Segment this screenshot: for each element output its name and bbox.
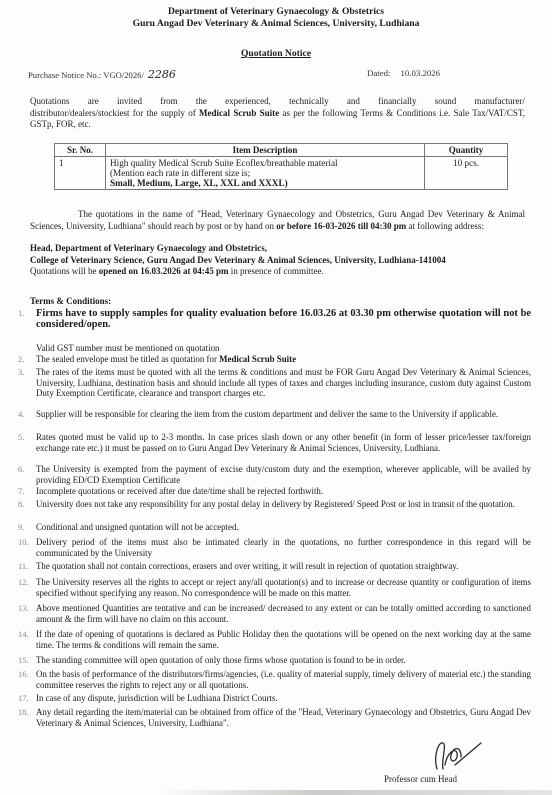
term-text: Above mentioned Quantities are tentative… xyxy=(36,603,531,624)
term-text-body: The sealed envelope must be titled as qu… xyxy=(36,354,219,364)
opening-pre: Quotations will be xyxy=(30,266,99,276)
submission-deadline: or before 16-03-2026 till 04:30 pm xyxy=(276,221,406,231)
notice-title-text: Quotation Notice xyxy=(241,48,311,59)
cell-description: High quality Medical Scrub Suite Ecoflex… xyxy=(106,157,425,190)
term-text-bold: Medical Scrub Suite xyxy=(219,354,296,364)
desc-line-1: High quality Medical Scrub Suite Ecoflex… xyxy=(110,158,420,168)
term-text: Delivery period of the items must also b… xyxy=(36,537,531,558)
term-text-body: On the basis of performance of the distr… xyxy=(36,669,531,690)
dated-label: Dated: xyxy=(367,68,390,78)
scan-edge-shadow xyxy=(160,790,552,795)
address-line-2: College of Veterinary Science, Guru Anga… xyxy=(30,255,446,267)
cell-quantity: 10 pcs. xyxy=(425,157,508,190)
desc-line-2: (Mention each rate in different size is; xyxy=(110,168,420,178)
term-text: Supplier will be responsible for clearin… xyxy=(36,409,531,420)
quotation-notice-page: Department of Veterinary Gynaecology & O… xyxy=(0,0,552,795)
term-number: 18. xyxy=(18,707,32,717)
term-number: 12. xyxy=(18,577,32,587)
items-table: Sr. No. Item Description Quantity 1 High… xyxy=(54,143,508,190)
term-text: Valid GST number must be mentioned on qu… xyxy=(36,343,531,354)
term-text-body: The rates of the items must be quoted wi… xyxy=(36,367,531,398)
term-text: The rates of the items must be quoted wi… xyxy=(36,367,531,399)
term-number: 2. xyxy=(18,354,32,364)
cell-sr: 1 xyxy=(55,157,106,190)
term-text-body: Above mentioned Quantities are tentative… xyxy=(36,603,531,624)
term-text: Rates quoted must be valid up to 2-3 mon… xyxy=(36,432,531,453)
term-text-body: The University reserves all the rights t… xyxy=(36,577,531,598)
term-number: 4. xyxy=(18,409,32,419)
intro-line-1: Quotations are invited from the experien… xyxy=(30,96,525,108)
term-text: The standing committee will open quotati… xyxy=(36,655,531,666)
table-row: 1 High quality Medical Scrub Suite Ecofl… xyxy=(55,157,508,190)
term-number: 9. xyxy=(18,522,32,532)
purchase-notice-label: Purchase Notice No.: VGO/2026/ xyxy=(28,70,144,80)
col-quantity: Quantity xyxy=(425,144,508,157)
date-value: 10.03.2026 xyxy=(400,68,440,78)
department-heading: Department of Veterinary Gynaecology & O… xyxy=(0,6,552,17)
term-text: On the basis of performance of the distr… xyxy=(36,669,531,690)
term-text: Firms have to supply samples for quality… xyxy=(36,308,531,330)
term-text: Any detail regarding the item/material c… xyxy=(36,707,531,728)
term-text-body: The standing committee will open quotati… xyxy=(36,655,406,665)
term-text-body: Valid GST number must be mentioned on qu… xyxy=(36,343,219,353)
term-number: 7. xyxy=(18,486,32,496)
submission-post: at following address: xyxy=(406,221,484,231)
intro-item: Medical Scrub Suite xyxy=(199,108,279,118)
submission-paragraph: The quotations in the name of "Head, Vet… xyxy=(30,209,525,232)
term-text: In case of any dispute, jurisdiction wil… xyxy=(36,693,531,704)
opening-statement: Quotations will be opened on 16.03.2026 … xyxy=(30,266,324,276)
term-text: Conditional and unsigned quotation will … xyxy=(36,522,531,533)
term-text: Incomplete quotations or received after … xyxy=(36,486,531,497)
address-line-1: Head, Department of Veterinary Gynaecolo… xyxy=(30,243,446,255)
col-item-description: Item Description xyxy=(106,144,425,157)
term-text: The sealed envelope must be titled as qu… xyxy=(36,354,531,365)
term-number: 17. xyxy=(18,693,32,703)
term-text: If the date of opening of quotations is … xyxy=(36,629,531,650)
notice-title: Quotation Notice xyxy=(0,48,552,59)
opening-datetime: opened on 16.03.2026 at 04:45 pm xyxy=(99,266,229,276)
term-number: 14. xyxy=(18,629,32,639)
term-text: University does not take any responsibil… xyxy=(36,499,531,510)
desc-sizes: Small, Medium, Large, XL, XXL and XXXL) xyxy=(110,178,420,188)
term-text-body: In case of any dispute, jurisdiction wil… xyxy=(36,693,278,703)
address-block: Head, Department of Veterinary Gynaecolo… xyxy=(30,243,446,266)
signatory-title: Professor cum Head xyxy=(384,774,457,784)
table-header-row: Sr. No. Item Description Quantity xyxy=(55,144,508,157)
term-text-body: If the date of opening of quotations is … xyxy=(36,629,531,650)
university-heading: Guru Angad Dev Veterinary & Animal Scien… xyxy=(0,18,552,29)
terms-heading: Terms & Conditions: xyxy=(30,296,111,306)
term-number: 1. xyxy=(18,308,32,318)
term-text-body: Supplier will be responsible for clearin… xyxy=(36,409,498,419)
intro-pre: distributor/dealers/stockiest for the su… xyxy=(30,108,199,118)
term-text: The quotation shall not contain correcti… xyxy=(36,561,531,572)
notice-date: Dated:10.03.2026 xyxy=(367,68,440,78)
term-text: The University reserves all the rights t… xyxy=(36,577,531,598)
col-sr-no: Sr. No. xyxy=(55,144,106,157)
term-number: 11. xyxy=(18,561,32,571)
term-text-body: Any detail regarding the item/material c… xyxy=(36,707,531,728)
term-number: 13. xyxy=(18,603,32,613)
term-number: 8. xyxy=(18,499,32,509)
term-text-body: Incomplete quotations or received after … xyxy=(36,486,323,496)
term-text-body: Delivery period of the items must also b… xyxy=(36,537,531,558)
term-number: 6. xyxy=(18,464,32,474)
term-number: 15. xyxy=(18,655,32,665)
handwritten-notice-number: 2286 xyxy=(148,68,176,81)
purchase-notice-number: Purchase Notice No.: VGO/2026/2286 xyxy=(28,68,176,81)
term-text-body: The quotation shall not contain correcti… xyxy=(36,561,458,571)
term-text-body: University does not take any responsibil… xyxy=(36,499,515,509)
intro-paragraph: Quotations are invited from the experien… xyxy=(30,96,525,131)
term-number: 10. xyxy=(18,537,32,547)
term-text-body: Conditional and unsigned quotation will … xyxy=(36,522,239,532)
term-text-body: Rates quoted must be valid up to 2-3 mon… xyxy=(36,432,531,453)
signature-icon xyxy=(425,735,485,778)
term-number: 16. xyxy=(18,669,32,679)
opening-post: in presence of committee. xyxy=(229,266,324,276)
term-text-body: Firms have to supply samples for quality… xyxy=(36,308,531,330)
term-text-body: The University is exempted from the paym… xyxy=(36,464,531,485)
term-number: 5. xyxy=(18,432,32,442)
term-text: The University is exempted from the paym… xyxy=(36,464,531,485)
term-number: 3. xyxy=(18,367,32,377)
